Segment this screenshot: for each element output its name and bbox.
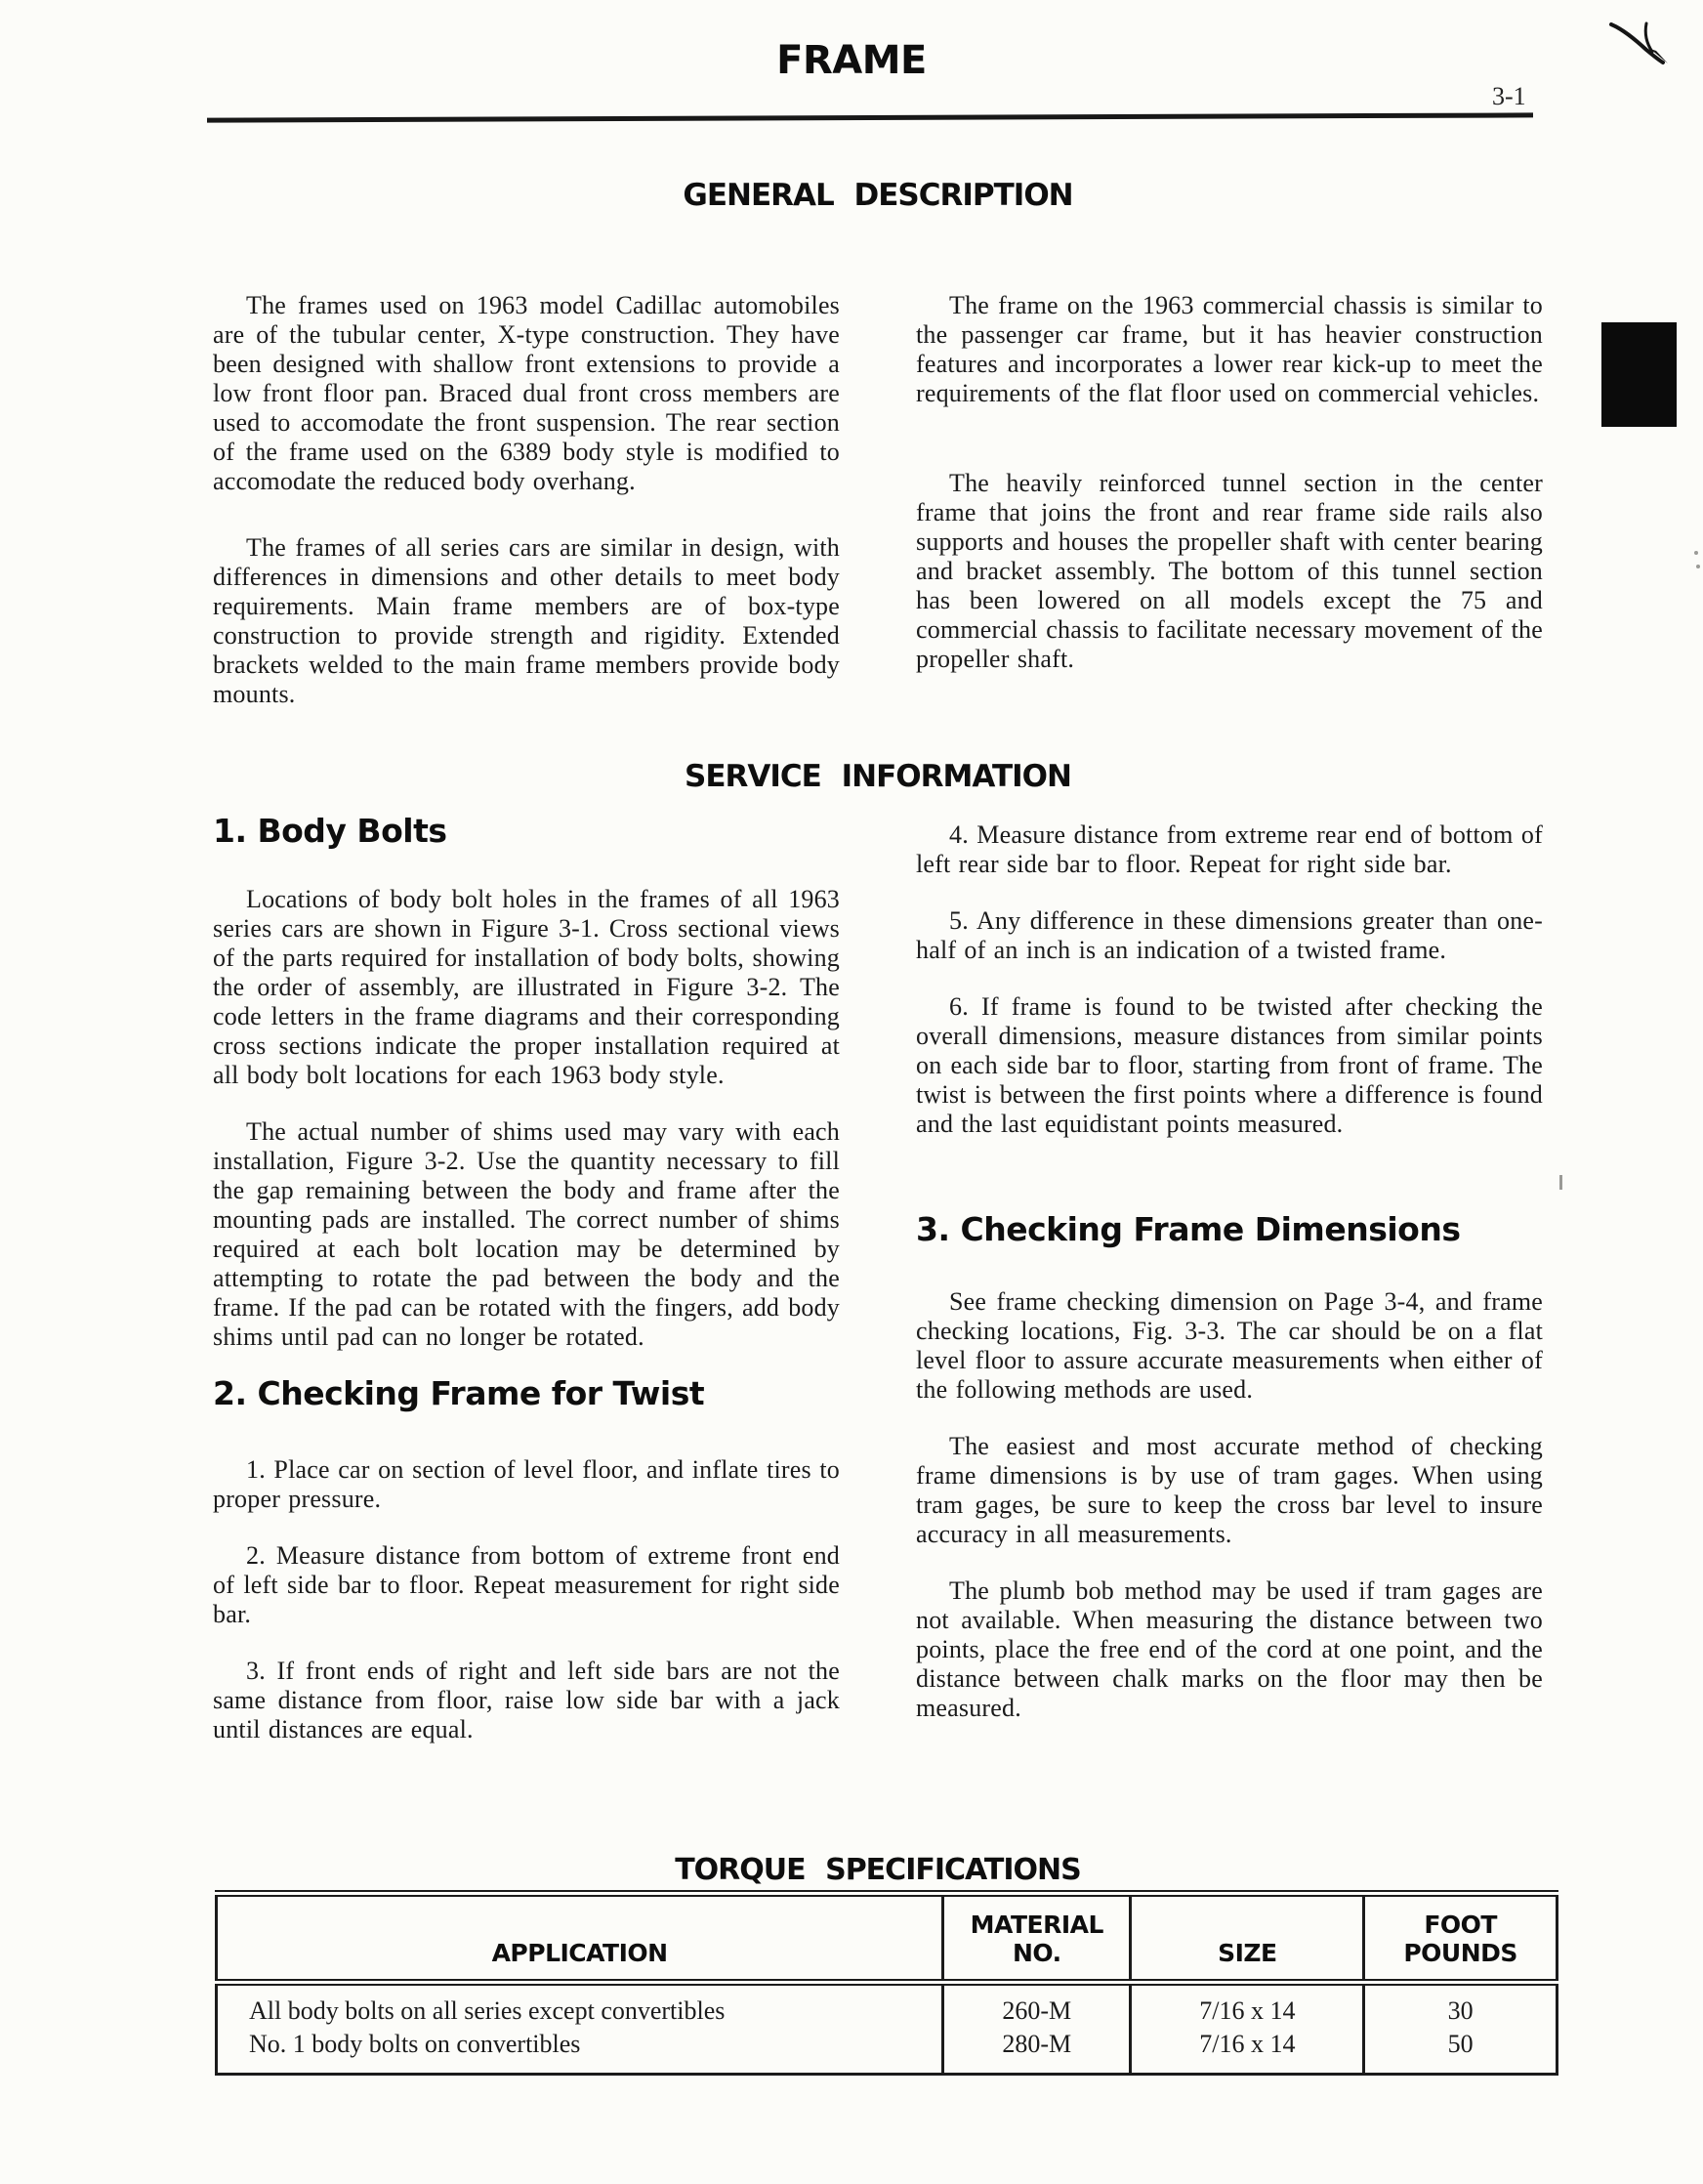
cell-application: No. 1 body bolts on convertibles (217, 2028, 943, 2075)
cell-material-no: 280-M (943, 2028, 1131, 2075)
pen-scratch-mark (1607, 18, 1678, 74)
general-description-heading: GENERAL DESCRIPTION (213, 179, 1543, 212)
service-left-column: 1. Body Bolts Locations of body bolt hol… (213, 813, 840, 1744)
page-number: 3-1 (1492, 82, 1551, 111)
cell-application: All body bolts on all series except conv… (217, 1983, 943, 2029)
numbered-step: 1. Place car on section of level floor, … (213, 1455, 840, 1514)
column-header-label: APPLICATION (222, 1939, 937, 1967)
cell-size: 7/16 x 14 (1131, 1983, 1364, 2029)
paragraph: Locations of body bolt holes in the fram… (213, 885, 840, 1090)
cell-size: 7/16 x 14 (1131, 2028, 1364, 2075)
scan-speck (1559, 1175, 1562, 1190)
numbered-step: 2. Measure distance from bottom of extre… (213, 1541, 840, 1629)
paragraph: The plumb bob method may be used if tram… (916, 1576, 1543, 1723)
torque-specifications-heading: TORQUE SPECIFICATIONS (213, 1854, 1543, 1887)
table-row: All body bolts on all series except conv… (217, 1983, 1558, 2029)
numbered-step: 5. Any difference in these dimensions gr… (916, 906, 1543, 965)
scan-speck (1696, 565, 1700, 568)
paragraph: The easiest and most accurate method of … (916, 1432, 1543, 1549)
column-header-label: MATERIAL (948, 1911, 1125, 1939)
column-header-size: SIZE (1131, 1894, 1364, 1983)
column-header-label: POUNDS (1369, 1939, 1552, 1967)
table-header-row: APPLICATION MATERIAL NO. SIZE FOOT POUND… (217, 1894, 1558, 1983)
column-header-material-no: MATERIAL NO. (943, 1894, 1131, 1983)
paragraph: The actual number of shims used may vary… (213, 1117, 840, 1352)
cell-material-no: 260-M (943, 1983, 1131, 2029)
section-heading-checking-frame-for-twist: 2. Checking Frame for Twist (213, 1375, 840, 1412)
scan-speck (1694, 551, 1698, 555)
paragraph: The frame on the 1963 commercial chassis… (916, 291, 1543, 408)
section-heading-body-bolts: 1. Body Bolts (213, 813, 840, 850)
paragraph: The frames used on 1963 model Cadillac a… (213, 291, 840, 496)
general-description-right-column: The frame on the 1963 commercial chassis… (916, 291, 1543, 674)
manual-page: FRAME 3-1 GENERAL DESCRIPTION The frames… (0, 0, 1703, 2184)
column-header-label: SIZE (1136, 1939, 1358, 1967)
general-description-left-column: The frames used on 1963 model Cadillac a… (213, 291, 840, 709)
table-row: No. 1 body bolts on convertibles 280-M 7… (217, 2028, 1558, 2075)
header-rule (207, 112, 1533, 122)
service-information-heading: SERVICE INFORMATION (213, 760, 1543, 793)
thumb-tab-mark (1601, 322, 1677, 427)
column-header-label: NO. (948, 1939, 1125, 1967)
torque-specifications-table: APPLICATION MATERIAL NO. SIZE FOOT POUND… (215, 1890, 1558, 2076)
page-title: FRAME (0, 39, 1703, 82)
paragraph: The heavily reinforced tunnel section in… (916, 469, 1543, 674)
service-right-column: 4. Measure distance from extreme rear en… (916, 820, 1543, 1723)
section-heading-checking-frame-dimensions: 3. Checking Frame Dimensions (916, 1211, 1543, 1248)
numbered-step: 6. If frame is found to be twisted after… (916, 992, 1543, 1139)
paragraph: See frame checking dimension on Page 3-4… (916, 1287, 1543, 1405)
numbered-step: 4. Measure distance from extreme rear en… (916, 820, 1543, 879)
paragraph: The frames of all series cars are simila… (213, 533, 840, 709)
column-header-foot-pounds: FOOT POUNDS (1364, 1894, 1558, 1983)
cell-foot-pounds: 30 (1364, 1983, 1558, 2029)
column-header-application: APPLICATION (217, 1894, 943, 1983)
column-header-label: FOOT (1369, 1911, 1552, 1939)
numbered-step: 3. If front ends of right and left side … (213, 1657, 840, 1744)
cell-foot-pounds: 50 (1364, 2028, 1558, 2075)
